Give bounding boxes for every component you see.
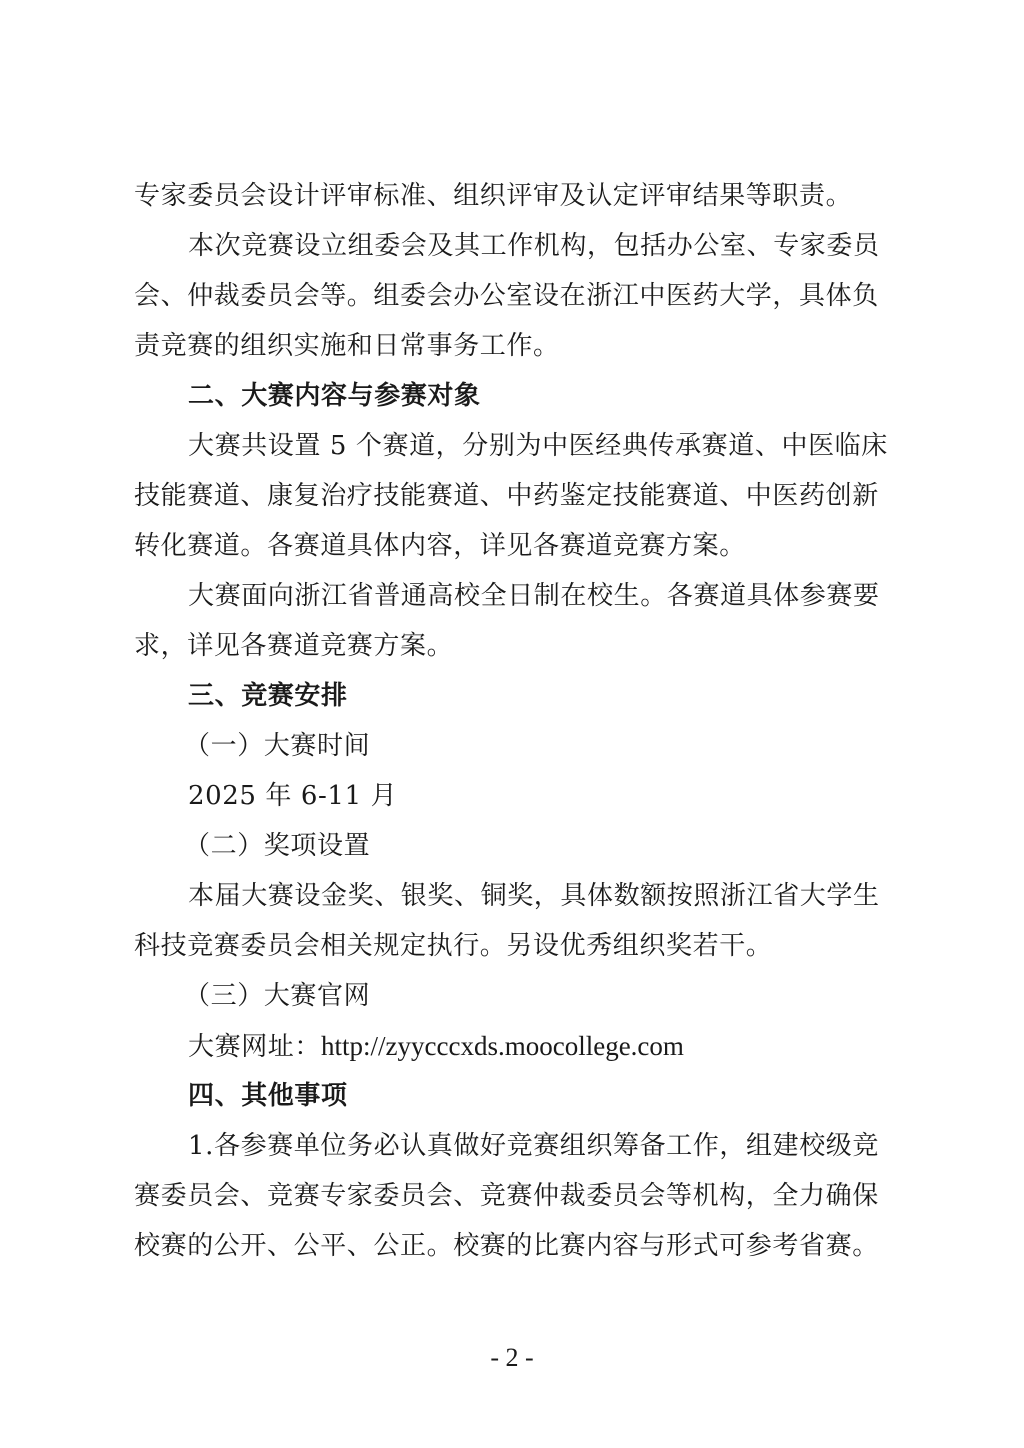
paragraph-line: 求，详见各赛道竞赛方案。 xyxy=(134,621,890,671)
paragraph-line: 技能赛道、康复治疗技能赛道、中药鉴定技能赛道、中医药创新 xyxy=(134,471,890,521)
paragraph-line: 转化赛道。各赛道具体内容，详见各赛道竞赛方案。 xyxy=(134,521,890,571)
paragraph-line: 赛委员会、竞赛专家委员会、竞赛仲裁委员会等机构，全力确保 xyxy=(134,1171,890,1221)
paragraph-line: 大赛面向浙江省普通高校全日制在校生。各赛道具体参赛要 xyxy=(134,571,890,621)
paragraph-line: 科技竞赛委员会相关规定执行。另设优秀组织奖若干。 xyxy=(134,921,890,971)
website-line: 大赛网址：http://zyycccxds.moocollege.com xyxy=(134,1021,890,1071)
paragraph-line: 本届大赛设金奖、银奖、铜奖，具体数额按照浙江省大学生 xyxy=(134,871,890,921)
paragraph-line: 校赛的公开、公平、公正。校赛的比赛内容与形式可参考省赛。 xyxy=(134,1221,890,1271)
section-heading-4: 四、其他事项 xyxy=(134,1071,890,1121)
website-label: 大赛网址： xyxy=(188,1032,321,1062)
competition-date: 2025 年 6-11 月 xyxy=(134,771,890,821)
paragraph-line: 大赛共设置 5 个赛道，分别为中医经典传承赛道、中医临床 xyxy=(134,421,890,471)
paragraph-line: 责竞赛的组织实施和日常事务工作。 xyxy=(134,321,890,371)
website-link[interactable]: http://zyycccxds.moocollege.com xyxy=(321,1031,684,1061)
document-page: 专家委员会设计评审标准、组织评审及认定评审结果等职责。 本次竞赛设立组委会及其工… xyxy=(134,171,890,1271)
subsection-heading-website: （三）大赛官网 xyxy=(134,971,890,1021)
paragraph-line: 会、仲裁委员会等。组委会办公室设在浙江中医药大学，具体负 xyxy=(134,271,890,321)
page-number: - 2 - xyxy=(0,1343,1024,1373)
section-heading-2: 二、大赛内容与参赛对象 xyxy=(134,371,890,421)
paragraph-line: 专家委员会设计评审标准、组织评审及认定评审结果等职责。 xyxy=(134,171,890,221)
paragraph-line: 本次竞赛设立组委会及其工作机构，包括办公室、专家委员 xyxy=(134,221,890,271)
subsection-heading-awards: （二）奖项设置 xyxy=(134,821,890,871)
paragraph-line: 1.各参赛单位务必认真做好竞赛组织筹备工作，组建校级竞 xyxy=(134,1121,890,1171)
subsection-heading-time: （一）大赛时间 xyxy=(134,721,890,771)
section-heading-3: 三、竞赛安排 xyxy=(134,671,890,721)
